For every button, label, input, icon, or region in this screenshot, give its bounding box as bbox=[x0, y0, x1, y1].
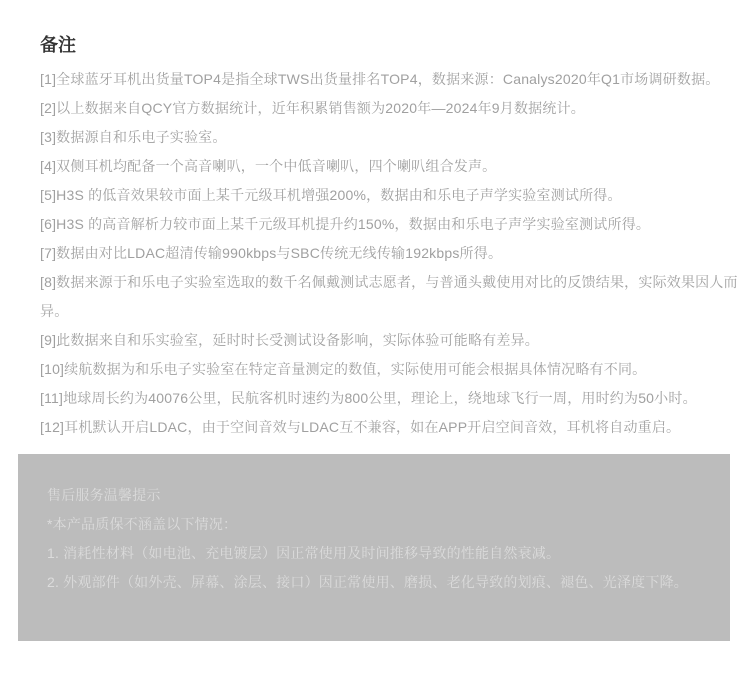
note-item: [2]以上数据来自QCY官方数据统计，近年积累销售额为2020年—2024年9月… bbox=[40, 94, 745, 123]
notes-title: 备注 bbox=[40, 34, 745, 56]
aftersales-title: 售后服务温馨提示 bbox=[47, 481, 710, 510]
note-item: [1]全球蓝牙耳机出货量TOP4是指全球TWS出货量排名TOP4，数据来源：Ca… bbox=[40, 65, 745, 94]
note-item: [7]数据由对比LDAC超清传输990kbps与SBC传统无线传输192kbps… bbox=[40, 239, 745, 268]
note-item: [11]地球周长约为40076公里，民航客机时速约为800公里，理论上，绕地球飞… bbox=[40, 384, 745, 413]
aftersales-panel: 售后服务温馨提示 *本产品质保不涵盖以下情况： 1. 消耗性材料（如电池、充电镀… bbox=[18, 454, 730, 641]
aftersales-item: 1. 消耗性材料（如电池、充电镀层）因正常使用及时间推移导致的性能自然衰减。 bbox=[47, 539, 710, 568]
note-item: [6]H3S 的高音解析力较市面上某千元级耳机提升约150%，数据由和乐电子声学… bbox=[40, 210, 745, 239]
note-item: [8]数据来源于和乐电子实验室选取的数千名佩戴测试志愿者，与普通头戴使用对比的反… bbox=[40, 268, 745, 326]
note-item: [5]H3S 的低音效果较市面上某千元级耳机增强200%，数据由和乐电子声学实验… bbox=[40, 181, 745, 210]
aftersales-subtitle: *本产品质保不涵盖以下情况： bbox=[47, 510, 710, 539]
aftersales-item: 2. 外观部件（如外壳、屏幕、涂层、接口）因正常使用、磨损、老化导致的划痕、褪色… bbox=[47, 568, 710, 597]
notes-section: 备注 [1]全球蓝牙耳机出货量TOP4是指全球TWS出货量排名TOP4，数据来源… bbox=[0, 0, 750, 442]
note-item: [4]双侧耳机均配备一个高音喇叭，一个中低音喇叭，四个喇叭组合发声。 bbox=[40, 152, 745, 181]
note-item: [9]此数据来自和乐实验室，延时时长受测试设备影响，实际体验可能略有差异。 bbox=[40, 326, 745, 355]
product-notes-page: 备注 [1]全球蓝牙耳机出货量TOP4是指全球TWS出货量排名TOP4，数据来源… bbox=[0, 0, 750, 679]
note-item: [10]续航数据为和乐电子实验室在特定音量测定的数值，实际使用可能会根据具体情况… bbox=[40, 355, 745, 384]
note-item: [12]耳机默认开启LDAC，由于空间音效与LDAC互不兼容，如在APP开启空间… bbox=[40, 413, 745, 442]
note-item: [3]数据源自和乐电子实验室。 bbox=[40, 123, 745, 152]
